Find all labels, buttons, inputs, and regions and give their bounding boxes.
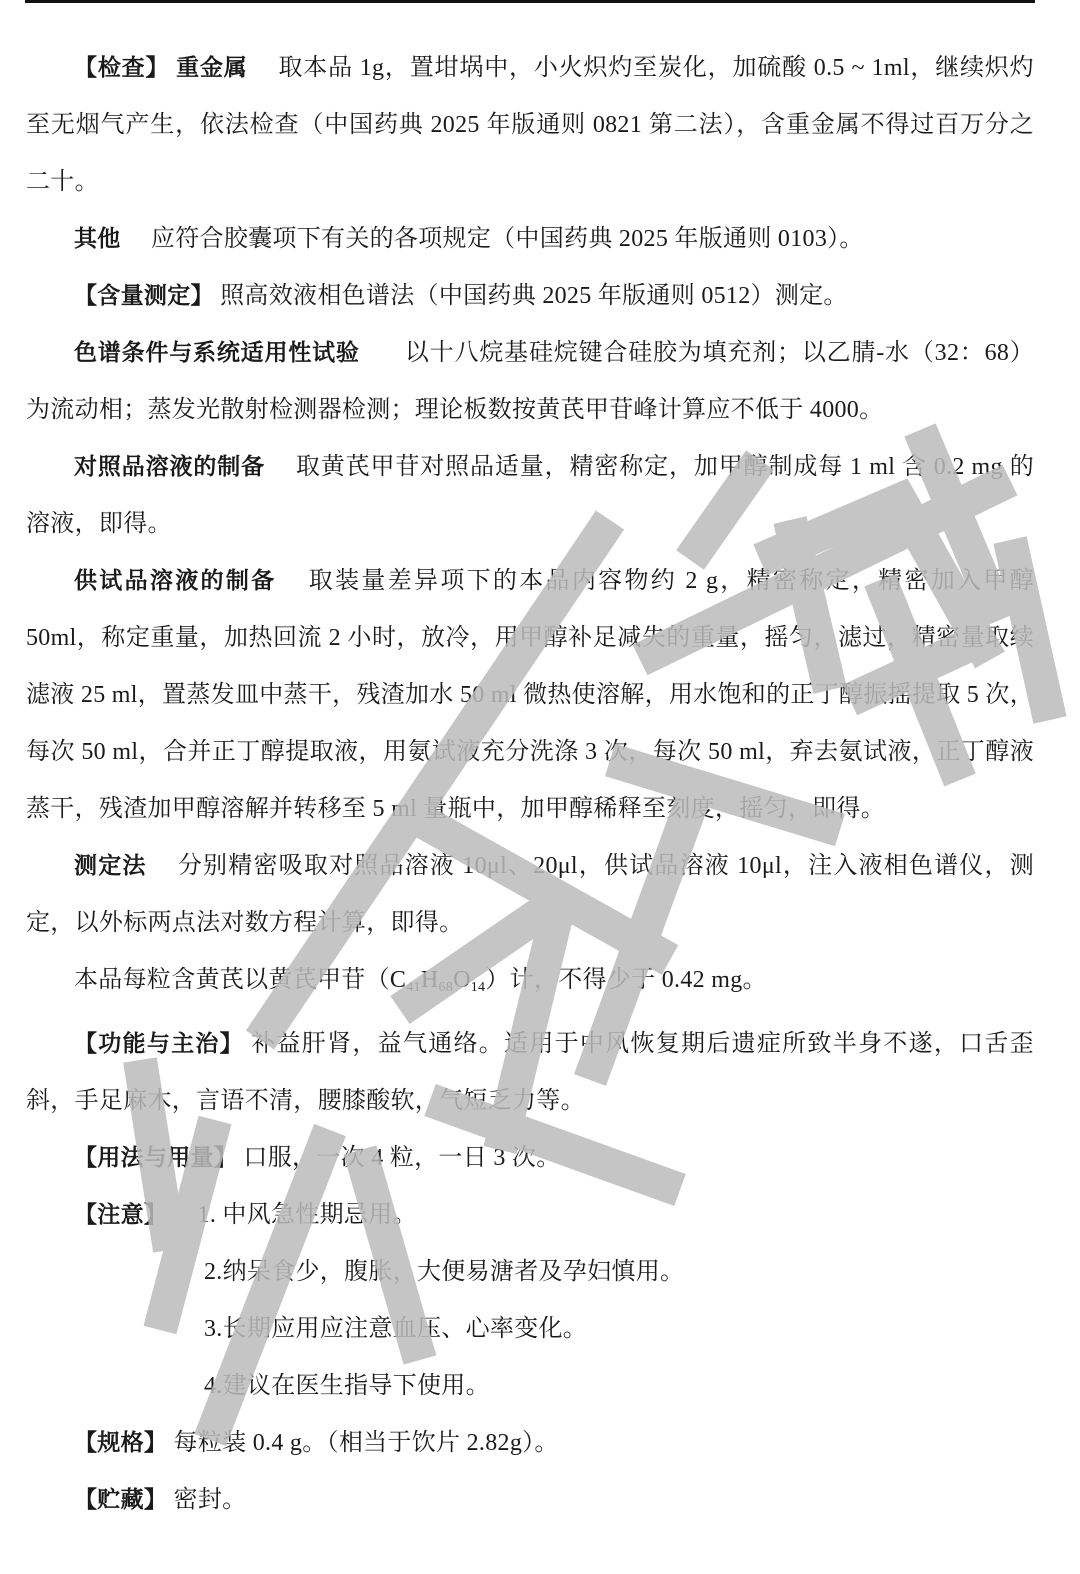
inspection-tag: 【检查】	[74, 55, 169, 81]
reference-solution-subtitle: 对照品溶液的制备	[74, 454, 265, 480]
specification-text: 每粒装 0.4 g。（相当于饮片 2.82g）。	[174, 1430, 559, 1456]
storage-text: 密封。	[174, 1487, 247, 1513]
chromatography-subtitle: 色谱条件与系统适用性试验	[74, 340, 360, 366]
formula-sub-h: 68	[438, 980, 453, 995]
formula-h: H	[421, 967, 439, 993]
inspection-section: 【检查】 重金属 取本品 1g，置坩埚中，小火炽灼至炭化，加硫酸 0.5 ~ 1…	[26, 40, 1034, 211]
content-limit-prefix: 本品每粒含黄芪以黄芪甲苷（C	[74, 967, 406, 993]
specification-section: 【规格】 每粒装 0.4 g。（相当于饮片 2.82g）。	[26, 1415, 1034, 1472]
dosage-tag: 【用法与用量】	[74, 1145, 237, 1171]
formula-sub-o: 14	[471, 980, 486, 995]
dosage-text: 口服，一次 4 粒，一日 3 次。	[243, 1145, 560, 1171]
top-rule	[25, 0, 1035, 3]
precaution-item-4: 4.建议在医生指导下使用。	[26, 1358, 1034, 1415]
specification-tag: 【规格】	[74, 1430, 167, 1456]
test-solution-text: 取装量差异项下的本品内容物约 2 g，精密称定，精密加入甲醇 50ml，称定重量…	[26, 568, 1034, 822]
test-solution-section: 供试品溶液的制备 取装量差异项下的本品内容物约 2 g，精密称定，精密加入甲醇 …	[26, 553, 1034, 838]
precaution-item-3: 3.长期应用应注意血压、心率变化。	[26, 1301, 1034, 1358]
formula-sub-c: 41	[406, 980, 421, 995]
other-text: 应符合胶囊项下有关的各项规定（中国药典 2025 年版通则 0103）。	[151, 226, 864, 252]
storage-section: 【贮藏】 密封。	[26, 1472, 1034, 1529]
precaution-item-1: 1. 中风急性期忌用。	[198, 1202, 417, 1228]
precautions-tag: 【注意】	[74, 1202, 167, 1228]
formula-o: O	[453, 967, 471, 993]
reference-solution-section: 对照品溶液的制备 取黄芪甲苷对照品适量，精密称定，加甲醇制成每 1 ml 含 0…	[26, 439, 1034, 553]
indications-tag: 【功能与主治】	[74, 1031, 244, 1057]
other-subtitle: 其他	[74, 226, 121, 252]
method-section: 测定法 分别精密吸取对照品溶液 10μl、20μl，供试品溶液 10μl，注入液…	[26, 838, 1034, 952]
method-subtitle: 测定法	[74, 853, 147, 879]
chromatography-section: 色谱条件与系统适用性试验 以十八烷基硅烷键合硅胶为填充剂；以乙腈-水（32：68…	[26, 325, 1034, 439]
indications-section: 【功能与主治】 补益肝肾，益气通络。适用于中风恢复期后遗症所致半身不遂，口舌歪斜…	[26, 1016, 1034, 1130]
content-limit-section: 本品每粒含黄芪以黄芪甲苷（C41H68O14）计，不得少于 0.42 mg。	[26, 952, 1034, 1016]
document-body: 【检查】 重金属 取本品 1g，置坩埚中，小火炽灼至炭化，加硫酸 0.5 ~ 1…	[26, 40, 1034, 1529]
other-section: 其他 应符合胶囊项下有关的各项规定（中国药典 2025 年版通则 0103）。	[26, 211, 1034, 268]
precaution-item-2: 2.纳呆食少，腹胀，大便易溏者及孕妇慎用。	[26, 1244, 1034, 1301]
assay-tag: 【含量测定】	[74, 283, 214, 309]
storage-tag: 【贮藏】	[74, 1487, 167, 1513]
assay-section: 【含量测定】 照高效液相色谱法（中国药典 2025 年版通则 0512）测定。	[26, 268, 1034, 325]
content-limit-suffix: ）计，不得少于 0.42 mg。	[485, 967, 766, 993]
precautions-section: 【注意】 1. 中风急性期忌用。	[26, 1187, 1034, 1244]
method-text: 分别精密吸取对照品溶液 10μl、20μl，供试品溶液 10μl，注入液相色谱仪…	[26, 853, 1034, 936]
assay-text: 照高效液相色谱法（中国药典 2025 年版通则 0512）测定。	[220, 283, 848, 309]
test-solution-subtitle: 供试品溶液的制备	[74, 568, 276, 594]
inspection-subtitle: 重金属	[176, 55, 247, 81]
dosage-section: 【用法与用量】 口服，一次 4 粒，一日 3 次。	[26, 1130, 1034, 1187]
